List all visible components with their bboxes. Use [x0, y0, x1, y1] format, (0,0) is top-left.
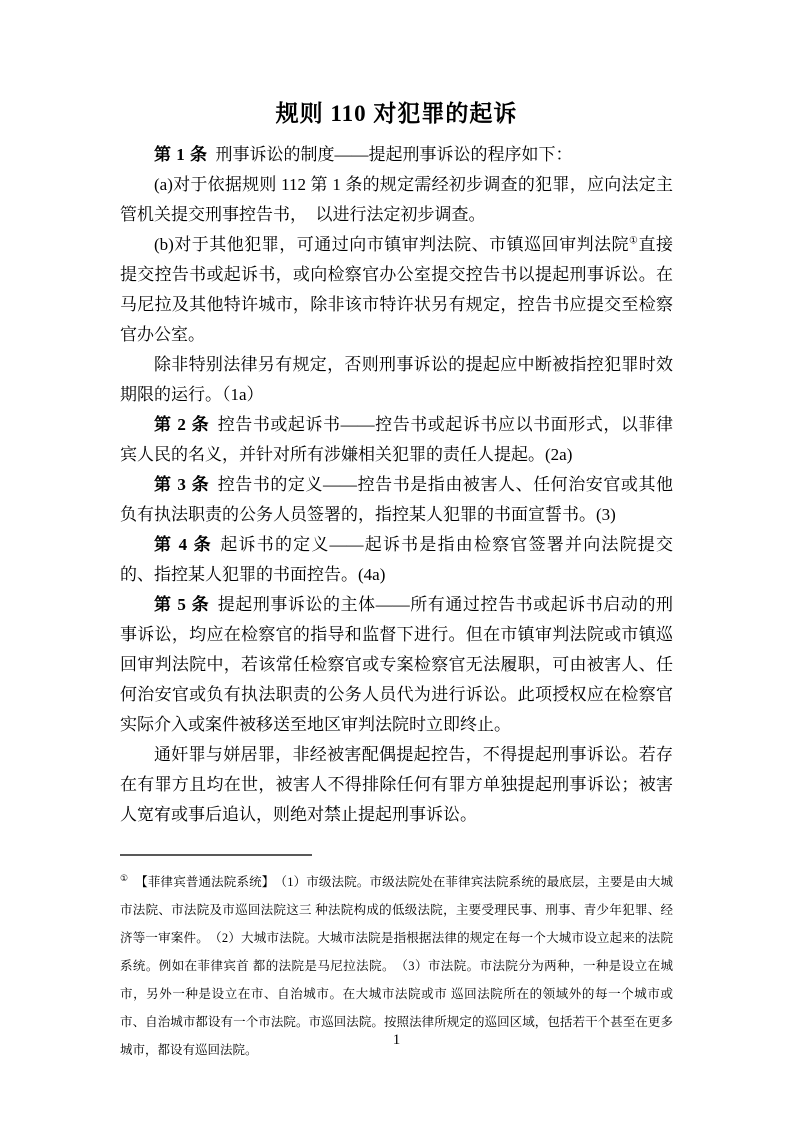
section-1-text: 刑事诉讼的制度——提起刑事诉讼的程序如下： [216, 145, 573, 164]
document-page: 规则 110 对犯罪的起诉 第 1 条刑事诉讼的制度——提起刑事诉讼的程序如下：… [0, 0, 793, 1122]
section-5-text: 提起刑事诉讼的主体——所有通过控告书或起诉书启动的刑事诉讼，均应在检察官的指导和… [120, 595, 673, 734]
adultery-text: 通奸罪与姘居罪，非经被害配偶提起控告，不得提起刑事诉讼。若存在有罪方且均在世，被… [120, 745, 673, 824]
section-5-paragraph: 第 5 条提起刑事诉讼的主体——所有通过控告书或起诉书启动的刑事诉讼，均应在检察… [120, 590, 673, 740]
item-a-paragraph: (a)对于依据规则 112 第 1 条的规定需经初步调查的犯罪，应向法定主管机关… [120, 170, 673, 230]
footnote-marker-icon: ① [120, 874, 128, 884]
section-1-paragraph: 第 1 条刑事诉讼的制度——提起刑事诉讼的程序如下： [120, 140, 673, 170]
footnote-separator [120, 854, 312, 856]
prescription-text: 除非特别法律另有规定，否则刑事诉讼的提起应中断被指控犯罪时效期限的运行。（1a） [120, 355, 673, 404]
footnote-reference-icon: ① [629, 235, 638, 246]
item-b-paragraph: (b)对于其他犯罪，可通过向市镇审判法院、市镇巡回审判法院①直接提交控告书或起诉… [120, 230, 673, 350]
section-3-number: 第 3 条 [154, 475, 210, 494]
item-b-text-before: (b)对于其他犯罪，可通过向市镇审判法院、市镇巡回审判法院 [154, 235, 629, 254]
adultery-paragraph: 通奸罪与姘居罪，非经被害配偶提起控告，不得提起刑事诉讼。若存在有罪方且均在世，被… [120, 740, 673, 830]
section-5-number: 第 5 条 [154, 595, 210, 614]
page-number: 1 [0, 1030, 793, 1050]
section-3-paragraph: 第 3 条控告书的定义——控告书是指由被害人、任何治安官或其他负有执法职责的公务… [120, 470, 673, 530]
section-1-number: 第 1 条 [154, 145, 208, 164]
section-2-paragraph: 第 2 条控告书或起诉书——控告书或起诉书应以书面形式，以菲律宾人民的名义，并针… [120, 410, 673, 470]
page-title: 规则 110 对犯罪的起诉 [120, 98, 673, 130]
prescription-paragraph: 除非特别法律另有规定，否则刑事诉讼的提起应中断被指控犯罪时效期限的运行。（1a） [120, 350, 673, 410]
section-4-number: 第 4 条 [154, 535, 212, 554]
section-4-paragraph: 第 4 条起诉书的定义——起诉书是指由检察官签署并向法院提交的、指控某人犯罪的书… [120, 530, 673, 590]
document-content: 规则 110 对犯罪的起诉 第 1 条刑事诉讼的制度——提起刑事诉讼的程序如下：… [120, 98, 673, 1064]
item-a-text: (a)对于依据规则 112 第 1 条的规定需经初步调查的犯罪，应向法定主管机关… [120, 175, 673, 224]
section-2-number: 第 2 条 [154, 415, 210, 434]
